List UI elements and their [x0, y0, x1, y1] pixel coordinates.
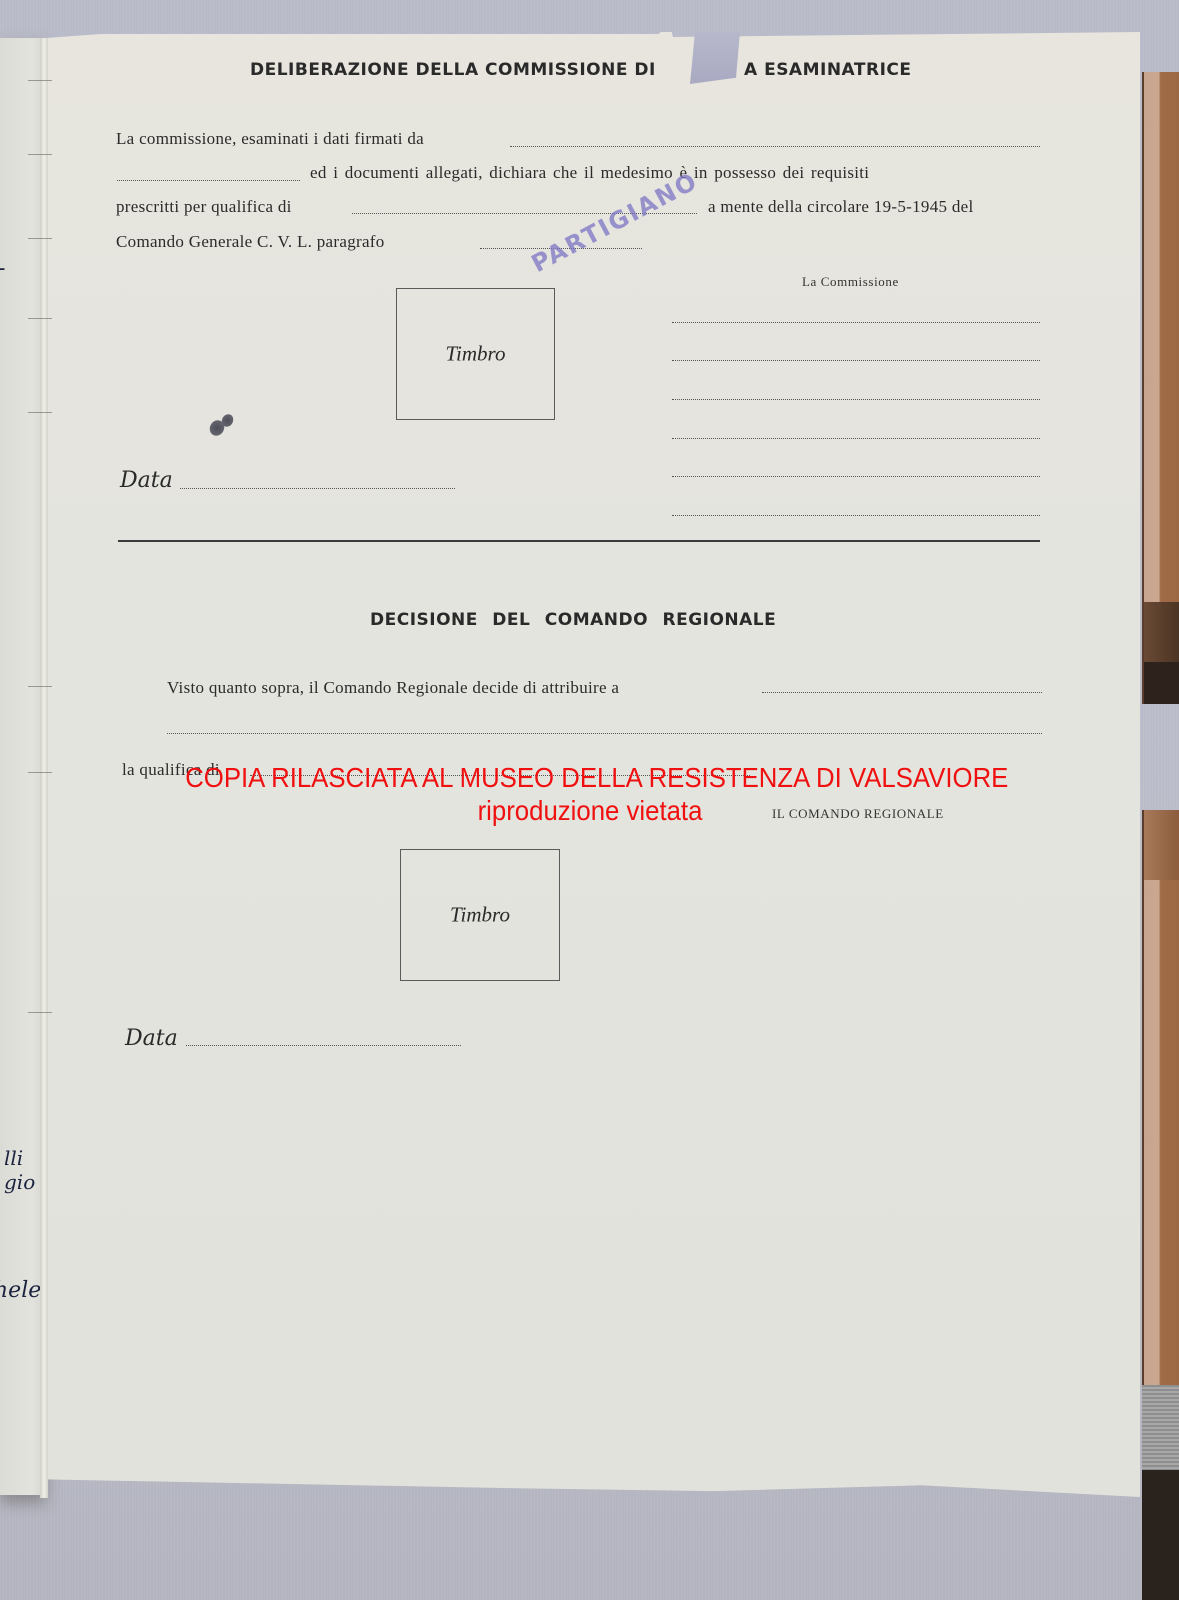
commission-label: La Commissione: [802, 274, 899, 290]
wooden-bar: [1142, 810, 1179, 880]
timbro-box: Timbro: [400, 849, 560, 981]
section1-heading-left: DELIBERAZIONE DELLA COMMISSIONE DI: [250, 60, 656, 80]
wooden-bar: [1142, 662, 1179, 704]
fill-line-attribuire[interactable]: [762, 692, 1042, 693]
handwriting-fragment: gio: [4, 1170, 35, 1194]
watermark-line1: COPIA RILASCIATA AL MUSEO DELLA RESISTEN…: [185, 762, 995, 794]
text-line: prescritti per qualifica di: [116, 197, 292, 217]
text-line: ed i documenti allegati, dichiara che il…: [310, 163, 869, 183]
timbro-box: Timbro: [396, 288, 555, 420]
spine-fold: [40, 38, 48, 1498]
text-line: a mente della circolare 19-5-1945 del: [708, 197, 974, 217]
fill-line-date[interactable]: [186, 1045, 461, 1046]
signature-line[interactable]: [672, 438, 1040, 439]
timbro-label: Timbro: [401, 903, 559, 928]
handwriting-fragment: lli: [4, 1146, 23, 1170]
fill-line-name[interactable]: [167, 733, 1042, 734]
data-label: Data: [120, 468, 173, 493]
wooden-bar: [1142, 72, 1179, 602]
stitch-mark: [28, 238, 52, 239]
timbro-label: Timbro: [397, 342, 554, 367]
stitch-mark: [28, 412, 52, 413]
section-divider: [118, 540, 1040, 542]
handwriting-fragment: -: [0, 256, 5, 281]
stitch-mark: [28, 772, 52, 773]
text-line: Comando Generale C. V. L. paragrafo: [116, 232, 385, 252]
stitch-mark: [28, 318, 52, 319]
signature-line[interactable]: [672, 322, 1040, 323]
section1-heading-right: A ESAMINATRICE: [744, 60, 912, 80]
handwriting-fragment: hele: [0, 1278, 41, 1303]
wooden-bar: [1142, 602, 1179, 662]
fabric-ribbon: [1142, 1385, 1179, 1475]
stitch-mark: [28, 686, 52, 687]
signature-line[interactable]: [672, 360, 1040, 361]
signature-line[interactable]: [672, 476, 1040, 477]
fill-line-date[interactable]: [180, 488, 455, 489]
section2-heading: DECISIONE DEL COMANDO REGIONALE: [370, 610, 776, 630]
torn-corner: [690, 32, 740, 84]
fill-line-firmati-da[interactable]: [510, 146, 1040, 147]
signature-line[interactable]: [672, 399, 1040, 400]
dark-edge: [1142, 1470, 1179, 1600]
text-line: Visto quanto sopra, il Comando Regionale…: [167, 678, 619, 698]
signature-line[interactable]: [672, 515, 1040, 516]
text-line: La commissione, esaminati i dati firmati…: [116, 129, 424, 149]
wooden-bar: [1142, 880, 1179, 1390]
fill-line-name[interactable]: [117, 180, 300, 181]
stitch-mark: [28, 1012, 52, 1013]
stitch-mark: [28, 80, 52, 81]
data-label: Data: [125, 1026, 178, 1051]
stitch-mark: [28, 154, 52, 155]
watermark-line2: riproduzione vietata: [378, 795, 801, 827]
